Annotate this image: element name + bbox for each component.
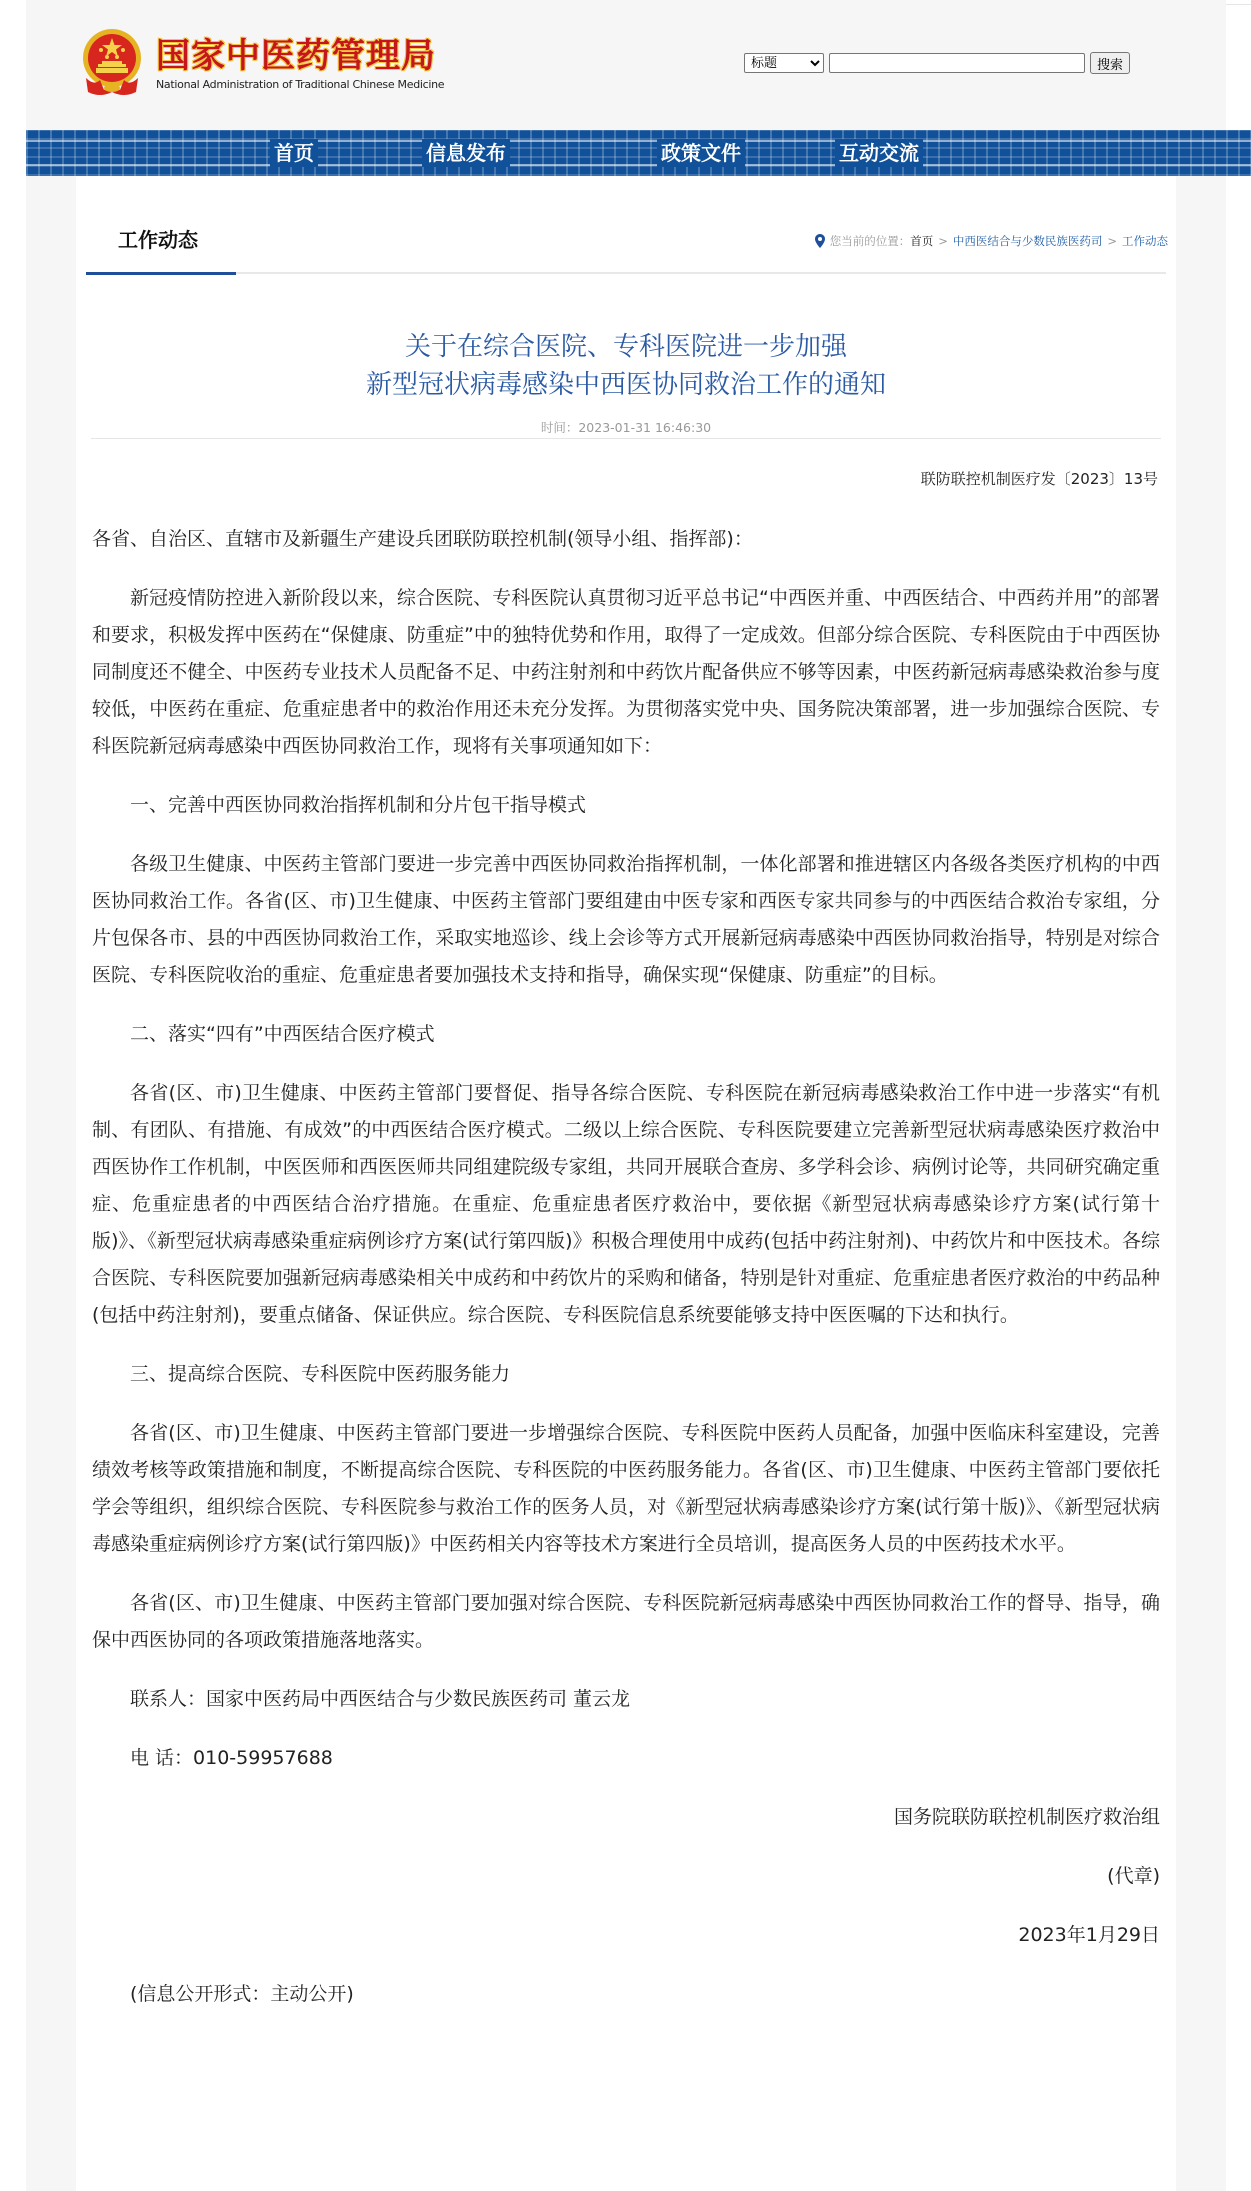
- title-divider: [91, 438, 1161, 439]
- article-title-line2: 新型冠状病毒感染中西医协同救治工作的通知: [76, 366, 1176, 404]
- article-body: 各省、自治区、直辖市及新疆生产建设兵团联防联控机制(领导小组、指挥部)： 新冠疫…: [92, 521, 1160, 2035]
- content-panel: 工作动态 您当前的位置： 首页 > 中西医结合与少数民族医药司 > 工作动态 关…: [76, 176, 1176, 2191]
- tab-active-indicator: [86, 272, 236, 275]
- breadcrumb-separator: >: [1107, 234, 1117, 248]
- site-logo[interactable]: 国家中医药管理局 National Administration of Trad…: [80, 28, 444, 98]
- section-body-3: 各省(区、市)卫生健康、中医药主管部门要进一步增强综合医院、专科医院中医药人员配…: [92, 1415, 1160, 1563]
- disclosure-note: (信息公开形式：主动公开): [92, 1976, 1160, 2013]
- breadcrumb-separator: >: [938, 234, 948, 248]
- document-number: 联防联控机制医疗发〔2023〕13号: [921, 468, 1158, 489]
- breadcrumb-current[interactable]: 工作动态: [1122, 233, 1168, 249]
- breadcrumb-department[interactable]: 中西医结合与少数民族医药司: [953, 233, 1103, 249]
- intro-paragraph: 新冠疫情防控进入新阶段以来，综合医院、专科医院认真贯彻习近平总书记“中西医并重、…: [92, 580, 1160, 765]
- tab-divider: [86, 272, 1166, 274]
- signature-org: 国务院联防联控机制医疗救治组: [92, 1799, 1160, 1836]
- signature-date: 2023年1月29日: [92, 1917, 1160, 1954]
- nav-item-policy[interactable]: 政策文件: [657, 139, 745, 167]
- section-heading-1: 一、完善中西医协同救治指挥机制和分片包干指导模式: [92, 787, 1160, 824]
- breadcrumb-prefix: 您当前的位置：: [830, 233, 911, 249]
- contact-person: 联系人：国家中医药局中西医结合与少数民族医药司 董云龙: [92, 1681, 1160, 1718]
- article-title-line1: 关于在综合医院、专科医院进一步加强: [76, 328, 1176, 366]
- page-container: 国家中医药管理局 National Administration of Trad…: [26, 0, 1226, 2191]
- location-pin-icon: [815, 234, 825, 248]
- search-bar: 标题 搜索: [744, 52, 1130, 74]
- salutation: 各省、自治区、直辖市及新疆生产建设兵团联防联控机制(领导小组、指挥部)：: [92, 521, 1160, 558]
- signature-seal: (代章): [92, 1858, 1160, 1895]
- nav-item-interaction[interactable]: 互动交流: [835, 139, 923, 167]
- section-body-2: 各省(区、市)卫生健康、中医药主管部门要督促、指导各综合医院、专科医院在新冠病毒…: [92, 1075, 1160, 1334]
- contact-phone: 电 话：010-59957688: [92, 1740, 1160, 1777]
- breadcrumb-home[interactable]: 首页: [910, 233, 933, 249]
- main-nav: 首页 信息发布 政策文件 互动交流: [26, 130, 1251, 176]
- site-header: 国家中医药管理局 National Administration of Trad…: [26, 0, 1226, 130]
- section-body-1: 各级卫生健康、中医药主管部门要进一步完善中西医协同救治指挥机制，一体化部署和推进…: [92, 846, 1160, 994]
- search-field-select[interactable]: 标题: [744, 53, 824, 73]
- section-heading-2: 二、落实“四有”中西医结合医疗模式: [92, 1016, 1160, 1053]
- search-button[interactable]: 搜索: [1090, 52, 1130, 74]
- section-heading-3: 三、提高综合医院、专科医院中医药服务能力: [92, 1356, 1160, 1393]
- search-input[interactable]: [829, 53, 1085, 73]
- national-emblem-icon: [80, 28, 144, 98]
- section-tab-title[interactable]: 工作动态: [118, 224, 198, 253]
- nav-item-home[interactable]: 首页: [270, 139, 318, 167]
- closing-paragraph: 各省(区、市)卫生健康、中医药主管部门要加强对综合医院、专科医院新冠病毒感染中西…: [92, 1585, 1160, 1659]
- article-title: 关于在综合医院、专科医院进一步加强 新型冠状病毒感染中西医协同救治工作的通知: [76, 328, 1176, 404]
- nav-item-news[interactable]: 信息发布: [422, 139, 510, 167]
- site-name-cn: 国家中医药管理局: [156, 36, 444, 76]
- publish-time: 时间：2023-01-31 16:46:30: [76, 418, 1176, 436]
- breadcrumb: 您当前的位置： 首页 > 中西医结合与少数民族医药司 > 工作动态: [815, 233, 1168, 249]
- site-name-en: National Administration of Traditional C…: [156, 78, 444, 91]
